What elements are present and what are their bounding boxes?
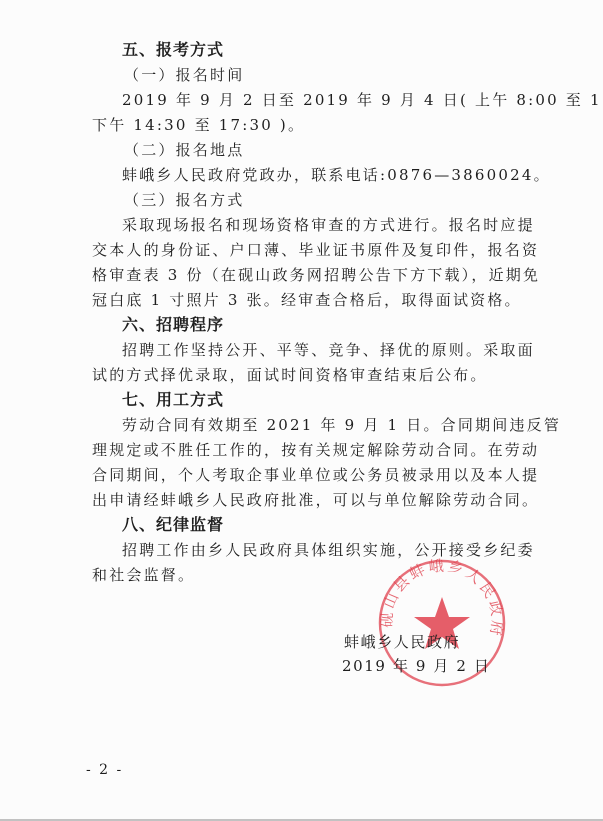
- paragraph-line: 蚌峨乡人民政府党政办，联系电话:0876—3860024。: [122, 165, 551, 185]
- paragraph-line: 交本人的身份证、户口薄、毕业证书原件及复印件，报名资: [92, 240, 539, 260]
- paragraph-line: 试的方式择优录取，面试时间资格审查结束后公布。: [92, 365, 488, 385]
- subsection-heading-location: （二）报名地点: [124, 140, 244, 160]
- section-heading-procedure: 六、招聘程序: [122, 315, 224, 335]
- paragraph-line: 采取现场报名和现场资格审查的方式进行。报名时应提: [122, 215, 535, 235]
- paragraph-line: 招聘工作坚持公开、平等、竞争、择优的原则。采取面: [122, 340, 535, 360]
- paragraph-line: 冠白底 1 寸照片 3 张。经审查合格后，取得面试资格。: [92, 290, 522, 310]
- paragraph-line: 格审查表 3 份（在砚山政务网招聘公告下方下载），近期免: [92, 265, 540, 285]
- paragraph-line: 理规定或不胜任工作的，按有关规定解除劳动合同。在劳动: [92, 440, 539, 460]
- paragraph-line: 合同期间，个人考取企事业单位或公务员被录用以及本人提: [92, 465, 539, 485]
- paragraph-line: 下午 14:30 至 17:30 )。: [92, 115, 305, 135]
- section-heading-registration: 五、报考方式: [122, 40, 224, 60]
- section-heading-supervision: 八、纪律监督: [122, 515, 224, 535]
- signature-organization: 蚌峨乡人民政府: [344, 632, 460, 652]
- signature-date: 2019 年 9 月 2 日: [342, 656, 491, 676]
- paragraph-line: 和社会监督。: [92, 565, 195, 585]
- paragraph-line: 劳动合同有效期至 2021 年 9 月 1 日。合同期间违反管: [122, 415, 561, 435]
- subsection-heading-time: （一）报名时间: [124, 65, 244, 85]
- paragraph-line: 2019 年 9 月 2 日至 2019 年 9 月 4 日( 上午 8:00 …: [122, 90, 603, 110]
- page-number: - 2 -: [86, 762, 123, 778]
- subsection-heading-method: （三）报名方式: [124, 190, 244, 210]
- section-heading-employment: 七、用工方式: [122, 390, 224, 410]
- paragraph-line: 出申请经蚌峨乡人民政府批准，可以与单位解除劳动合同。: [92, 490, 539, 510]
